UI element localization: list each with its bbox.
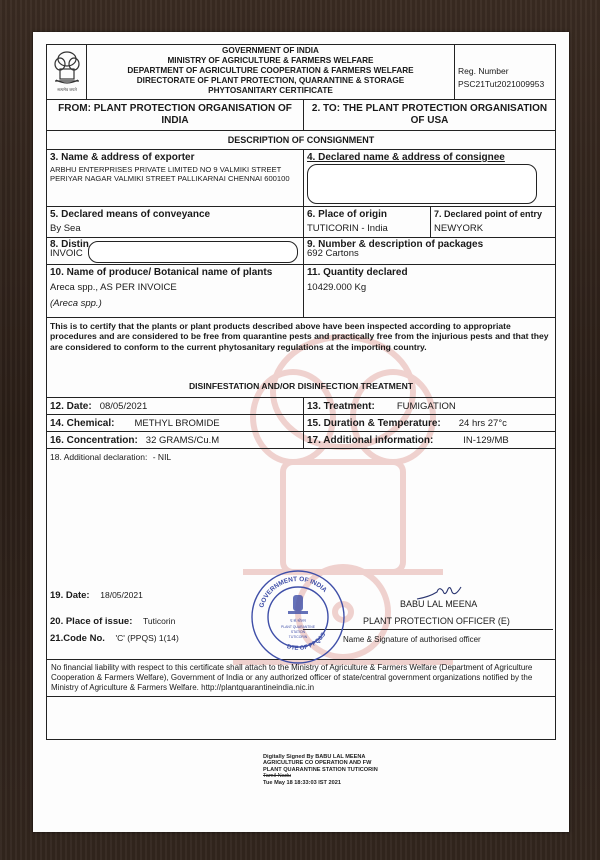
entry-value: NEWYORK (434, 223, 552, 234)
treatment-date-cell: 12. Date: 08/05/2021 (47, 398, 304, 414)
produce-value: Areca spp., AS PER INVOICE (50, 282, 300, 293)
certification-statement: This is to certify that the plants or pl… (47, 318, 555, 375)
svg-text:STATION: STATION (291, 630, 306, 634)
place-of-issue-value: Tuticorin (143, 616, 175, 626)
issue-date-value: 18/05/2021 (100, 590, 143, 600)
packages-cell: 9. Number & description of packages 692 … (304, 238, 555, 264)
quantity-label: 11. Quantity declared (307, 267, 552, 278)
chemical-cell: 14. Chemical: METHYL BROMIDE (47, 415, 304, 431)
chemical-value: METHYL BROMIDE (134, 418, 219, 429)
additional-info-value: IN-129/MB (463, 435, 508, 446)
duration-label: 15. Duration & Temperature: (307, 418, 441, 429)
title-line-department: DEPARTMENT OF AGRICULTURE COOPERATION & … (90, 66, 451, 76)
place-of-issue: 20. Place of issue: Tuticorin (50, 616, 175, 627)
additional-declaration-value: - NIL (153, 452, 171, 462)
officer-title: PLANT PROTECTION OFFICER (E) (363, 616, 510, 626)
treatment-table: 12. Date: 08/05/2021 13. Treatment: FUMI… (47, 397, 555, 448)
concentration-label: 16. Concentration: (50, 435, 138, 446)
svg-text:PLANT QUARANTINE: PLANT QUARANTINE (281, 625, 316, 629)
chemical-label: 14. Chemical: (50, 418, 114, 429)
treatment-section-title: DISINFESTATION AND/OR DISINFECTION TREAT… (47, 375, 555, 397)
consignee-label: 4. Declared name & address of consignee (307, 152, 552, 163)
title-line-directorate: DIRECTORATE OF PLANT PROTECTION, QUARANT… (90, 76, 451, 86)
code-number-value: 'C' (PPQS) 1(14) (116, 633, 179, 643)
concentration-cell: 16. Concentration: 32 GRAMS/Cu.M (47, 432, 304, 448)
disclaimer-text: No financial liability with respect to t… (51, 663, 551, 693)
code-number-label: 21.Code No. (50, 633, 105, 644)
svg-text:सत्यमेव जयते: सत्यमेव जयते (57, 87, 77, 92)
origin-cell: 6. Place of origin TUTICORIN - India (304, 207, 431, 237)
registration-cell: Reg. Number PSC21Tut2021009953 (455, 45, 555, 99)
concentration-value: 32 GRAMS/Cu.M (146, 435, 219, 446)
treatment-type-value: FUMIGATION (397, 401, 456, 412)
conveyance-row: 5. Declared means of conveyance By Sea 6… (47, 207, 555, 238)
reg-number-value: PSC21Tut2021009953 (458, 78, 552, 91)
additional-declaration: 18. Additional declaration: - NIL (50, 452, 171, 462)
from-to-row: FROM: PLANT PROTECTION ORGANISATION OF I… (47, 100, 555, 131)
from-organisation: FROM: PLANT PROTECTION ORGANISATION OF I… (47, 100, 304, 130)
treatment-row-2: 14. Chemical: METHYL BROMIDE 15. Duratio… (47, 415, 555, 432)
title-line-ministry: MINISTRY OF AGRICULTURE & FARMERS WELFAR… (90, 56, 451, 66)
treatment-row-1: 12. Date: 08/05/2021 13. Treatment: FUMI… (47, 398, 555, 415)
consignment-title: DESCRIPTION OF CONSIGNMENT (228, 135, 375, 145)
produce-cell: 10. Name of produce/ Botanical name of p… (47, 265, 304, 317)
svg-text:TUTICORIN: TUTICORIN (289, 635, 308, 639)
exporter-label: 3. Name & address of exporter (50, 152, 300, 163)
botanical-name: (Areca spp.) (50, 298, 300, 309)
issue-date-label: 19. Date: (50, 590, 90, 601)
packages-value: 692 Cartons (307, 249, 552, 258)
produce-quantity-row: 10. Name of produce/ Botanical name of p… (47, 265, 555, 318)
marks-packages-row: 8. Distin INVOIC 9. Number & description… (47, 238, 555, 265)
treatment-date-value: 08/05/2021 (100, 401, 148, 412)
svg-text:प.सं.स्टेशन: प.सं.स्टेशन (290, 618, 306, 623)
exporter-value: ARBHU ENTERPRISES PRIVATE LIMITED NO 9 V… (50, 165, 300, 183)
document-title: PHYTOSANITARY CERTIFICATE (90, 86, 451, 96)
entry-cell: 7. Declared point of entry NEWYORK (431, 207, 555, 237)
conveyance-label: 5. Declared means of conveyance (50, 209, 300, 220)
signature-caption: Name & Signature of authorised officer (343, 635, 481, 644)
quantity-value: 10429.000 Kg (307, 282, 552, 293)
exporter-cell: 3. Name & address of exporter ARBHU ENTE… (47, 150, 304, 206)
reg-number-label: Reg. Number (458, 65, 552, 78)
digital-signature-box (47, 697, 555, 739)
marks-redaction (88, 241, 298, 263)
title-line-government: GOVERNMENT OF INDIA (90, 46, 451, 56)
treatment-type-cell: 13. Treatment: FUMIGATION (304, 398, 555, 414)
issue-date: 19. Date: 18/05/2021 (50, 590, 143, 601)
certification-block: This is to certify that the plants or pl… (47, 318, 555, 449)
consignee-redaction (307, 164, 537, 204)
consignment-section-title: DESCRIPTION OF CONSIGNMENT (47, 131, 555, 150)
exporter-consignee-row: 3. Name & address of exporter ARBHU ENTE… (47, 150, 555, 207)
header-row: सत्यमेव जयते GOVERNMENT OF INDIA MINISTR… (47, 45, 555, 100)
certificate-page: सत्यमेव जयते GOVERNMENT OF INDIA MINISTR… (33, 32, 569, 832)
conveyance-value: By Sea (50, 223, 300, 234)
officer-name: BABU LAL MEENA (400, 599, 477, 609)
additional-info-cell: 17. Additional information: IN-129/MB (304, 432, 555, 448)
official-stamp-icon: प.सं.स्टेशन PLANT QUARANTINE STATION TUT… (248, 567, 348, 667)
header-titles: GOVERNMENT OF INDIA MINISTRY OF AGRICULT… (87, 45, 455, 99)
treatment-row-3: 16. Concentration: 32 GRAMS/Cu.M 17. Add… (47, 432, 555, 448)
origin-label: 6. Place of origin (307, 209, 427, 220)
code-number: 21.Code No. 'C' (PPQS) 1(14) (50, 633, 179, 644)
treatment-type-label: 13. Treatment: (307, 401, 375, 412)
produce-label: 10. Name of produce/ Botanical name of p… (50, 267, 300, 278)
duration-value: 24 hrs 27°c (459, 418, 507, 429)
marks-cell: 8. Distin INVOIC (47, 238, 304, 264)
digital-signature-text: Digitally Signed By BABU LAL MEENA AGRIC… (263, 754, 378, 786)
entry-label: 7. Declared point of entry (434, 209, 552, 219)
national-emblem-icon: सत्यमेव जयते (52, 50, 82, 94)
treatment-date-label: 12. Date: (50, 401, 92, 412)
quantity-cell: 11. Quantity declared 10429.000 Kg (304, 265, 555, 317)
duration-cell: 15. Duration & Temperature: 24 hrs 27°c (304, 415, 555, 431)
to-organisation: 2. TO: THE PLANT PROTECTION ORGANISATION… (304, 100, 555, 130)
consignee-cell: 4. Declared name & address of consignee (304, 150, 555, 206)
logo-cell: सत्यमेव जयते (47, 45, 87, 99)
dsig-timestamp: Tue May 18 18:33:03 IST 2021 (263, 780, 378, 786)
dsig-line-2: AGRICULTURE CO OPERATION AND FW (263, 760, 378, 766)
origin-value: TUTICORIN - India (307, 223, 427, 234)
additional-info-label: 17. Additional information: (307, 435, 433, 446)
place-of-issue-label: 20. Place of issue: (50, 616, 132, 627)
conveyance-cell: 5. Declared means of conveyance By Sea (47, 207, 304, 237)
additional-declaration-label: 18. Additional declaration: (50, 452, 147, 462)
